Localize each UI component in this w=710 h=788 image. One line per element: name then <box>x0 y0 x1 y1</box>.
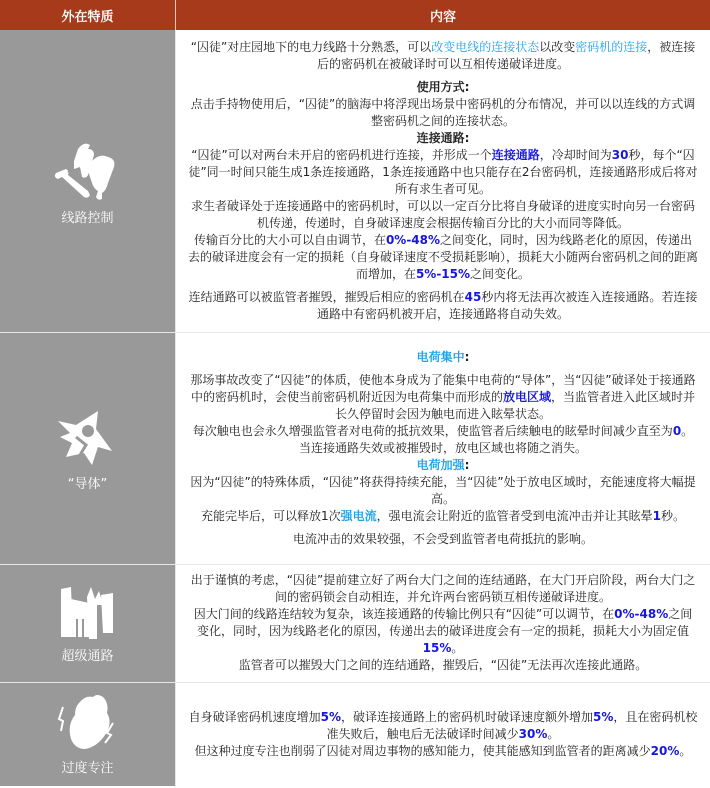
highlight-term: 电荷集中 <box>417 350 465 364</box>
content-cell: 电荷集中: 那场事故改变了“囚徒”的体质，使他本身成为了能集中电荷的“导体”，当… <box>176 332 710 564</box>
highlight-term: 强电流 <box>341 509 377 523</box>
highlight-value: 0 <box>673 424 681 438</box>
text: 。 <box>679 744 691 758</box>
trait-cell: 线路控制 <box>0 30 176 332</box>
highlight-link[interactable]: 改变电线的连接状态 <box>431 40 539 54</box>
transfer-text: 求生者破译处于连接通路中的密码机时，可以以一定百分比将自身破译的进度实时向另一台… <box>188 198 698 232</box>
highlight-term: 电荷加强 <box>417 458 465 472</box>
table-header-row: 外在特质 内容 <box>0 0 710 30</box>
boost-text: 因为“囚徒”的特殊体质，“囚徒”将获得持续充能，当“囚徒”处于放电区域时，充能速… <box>188 474 698 508</box>
highlight-value: 5%-15% <box>416 267 470 281</box>
table-row: 超级通路 出于谨慎的考虑，“囚徒”提前建立好了两台大门之间的连结通路，在大门开启… <box>0 564 710 682</box>
highlight-value: 15% <box>423 641 452 655</box>
trait-cell: 过度专注 <box>0 682 176 786</box>
trait-label: “导体” <box>0 473 175 492</box>
highlight-value: 20% <box>651 744 680 758</box>
table-row: “导体” 电荷集中: 那场事故改变了“囚徒”的体质，使他本身成为了能集中电荷的“… <box>0 332 710 564</box>
gate-ratio-text: 因大门间的线路连结较为复杂，该连接通路的传输比例只有“囚徒”可以调节，在0%-4… <box>188 606 698 657</box>
release-text: 充能完毕后，可以释放1次强电流，强电流会让附近的监管者受到电流冲击并让其眩晕1秒… <box>188 508 698 525</box>
text: 但这种过度专注也削弱了囚徒对周边事物的感知能力，使其能感知到监管者的距离减少 <box>195 744 651 758</box>
charge-text: 那场事故改变了“囚徒”的体质，使他本身成为了能集中电荷的“导体”，当“囚徒”破译… <box>188 372 698 423</box>
boost-title: 电荷加强: <box>188 457 698 474</box>
highlight-value: 1 <box>653 509 661 523</box>
trait-label: 过度专注 <box>0 757 175 776</box>
text: ，冷却时间为 <box>540 148 612 162</box>
gate-lightning-icon <box>57 583 119 639</box>
text: 之间变化。 <box>470 267 530 281</box>
highlight-term: 连接通路 <box>492 148 540 162</box>
highlight-value: 30 <box>612 148 629 162</box>
text: 秒。 <box>661 509 685 523</box>
channel-text: “囚徒”可以对两台未开启的密码机进行连接，并形成一个连接通路，冷却时间为30秒，… <box>188 147 698 198</box>
highlight-term: 放电区域 <box>503 390 551 404</box>
text: 传输百分比的大小可以自由调节，在 <box>194 233 386 247</box>
charge-title: 电荷集中: <box>188 349 698 366</box>
text: 连结通路可以被监管者摧毁，摧毁后相应的密码机在 <box>189 290 465 304</box>
hands-wiring-icon <box>52 135 124 201</box>
trait-label: 超级通路 <box>0 645 175 664</box>
gate-destroy-text: 监管者可以摧毁大门之间的连结通路，摧毁后，“囚徒”无法再次连接此通路。 <box>188 657 698 674</box>
text: ，强电流会让附近的监管者受到电流冲击并让其眩晕 <box>377 509 653 523</box>
trait-cell: “导体” <box>0 332 176 564</box>
header-traits: 外在特质 <box>0 0 176 30</box>
text: 因大门间的线路连结较为复杂，该连接通路的传输比例只有“囚徒”可以调节，在 <box>194 607 614 621</box>
trait-label: 线路控制 <box>0 207 175 226</box>
ratio-text: 传输百分比的大小可以自由调节，在0%-48%之间变化，同时，因为线路老化的原因，… <box>188 232 698 283</box>
text: 自身破译密码机速度增加 <box>189 710 321 724</box>
resist-text: 每次触电也会永久增强监管者对电荷的抵抗效果，使监管者后续触电的眩晕时间减少直至为… <box>188 423 698 457</box>
note-text: 电流冲击的效果较强，不会受到监管者电荷抵抗的影响。 <box>188 531 698 548</box>
content-cell: 出于谨慎的考虑，“囚徒”提前建立好了两台大门之间的连结通路，在大门开启阶段，两台… <box>176 564 710 682</box>
highlight-value: 5% <box>321 710 341 724</box>
usage-title: 使用方式: <box>188 79 698 96</box>
focus-debuff-text: 但这种过度专注也削弱了囚徒对周边事物的感知能力，使其能感知到监管者的距离减少20… <box>188 743 698 760</box>
highlight-value: 30% <box>519 727 548 741</box>
content-cell: “囚徒”对庄园地下的电力线路十分熟悉，可以改变电线的连接状态以改变密码机的连接，… <box>176 30 710 332</box>
text: 。 <box>547 727 559 741</box>
text: 每次触电也会永久增强监管者对电荷的抵抗效果，使监管者后续触电的眩晕时间减少直至为 <box>193 424 673 438</box>
highlight-value: 0%-48% <box>614 607 668 621</box>
text: 以改变 <box>539 40 575 54</box>
traits-table: 外在特质 内容 线路控制 “囚徒”对庄园地下的电力线路十分熟悉，可以改变电线的连… <box>0 0 710 786</box>
highlight-value: 45 <box>465 290 482 304</box>
table-row: 过度专注 自身破译密码机速度增加5%，破译连接通路上的密码机时破译速度额外增加5… <box>0 682 710 786</box>
heart-lightning-icon <box>57 693 119 751</box>
content-cell: 自身破译密码机速度增加5%，破译连接通路上的密码机时破译速度额外增加5%，且在密… <box>176 682 710 786</box>
conductor-figure-icon <box>56 405 120 467</box>
highlight-value: 0%-48% <box>386 233 440 247</box>
text: 充能完毕后，可以释放1次 <box>201 509 341 523</box>
text: : <box>465 350 470 364</box>
header-content: 内容 <box>176 0 710 30</box>
text: “囚徒”可以对两台未开启的密码机进行连接，并形成一个 <box>191 148 491 162</box>
usage-text: 点击手持物使用后，“囚徒”的脑海中将浮现出场景中密码机的分布情况，并可以以连线的… <box>188 96 698 130</box>
table-row: 线路控制 “囚徒”对庄园地下的电力线路十分熟悉，可以改变电线的连接状态以改变密码… <box>0 30 710 332</box>
intro-text: “囚徒”对庄园地下的电力线路十分熟悉，可以改变电线的连接状态以改变密码机的连接，… <box>188 39 698 73</box>
trait-cell: 超级通路 <box>0 564 176 682</box>
gate-intro-text: 出于谨慎的考虑，“囚徒”提前建立好了两台大门之间的连结通路，在大门开启阶段，两台… <box>188 572 698 606</box>
focus-buff-text: 自身破译密码机速度增加5%，破译连接通路上的密码机时破译速度额外增加5%，且在密… <box>188 709 698 743</box>
text: “囚徒”对庄园地下的电力线路十分熟悉，可以 <box>191 40 431 54</box>
channel-title: 连接通路: <box>188 130 698 147</box>
highlight-value: 5% <box>593 710 613 724</box>
text: ，破译连接通路上的密码机时破译速度额外增加 <box>341 710 593 724</box>
destroy-text: 连结通路可以被监管者摧毁，摧毁后相应的密码机在45秒内将无法再次被连入连接通路。… <box>188 289 698 323</box>
text: : <box>465 458 470 472</box>
text: 。 <box>451 641 463 655</box>
highlight-link[interactable]: 密码机的连接 <box>575 40 647 54</box>
